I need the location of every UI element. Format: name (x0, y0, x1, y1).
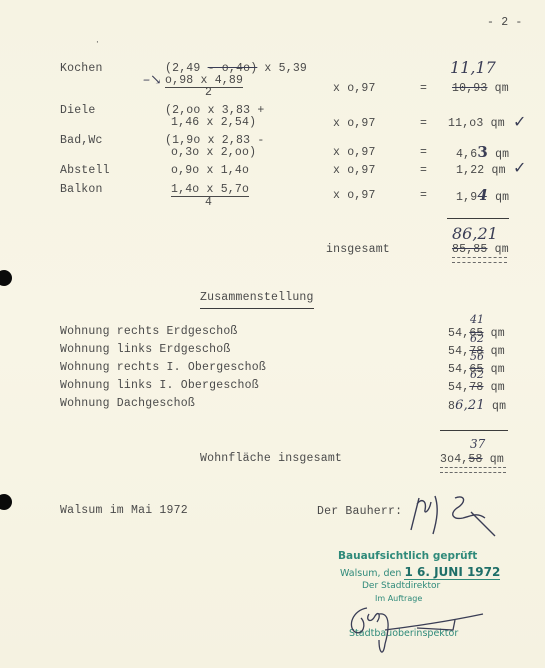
value-abstell: 1,22 (456, 164, 484, 177)
subtotal-hand: 86,21 (452, 224, 498, 243)
hand-mark-arrow: –↘ (143, 72, 162, 88)
stamp-line2: Walsum, den 1 6. JUNI 1972 (340, 565, 500, 579)
value-hand-kochen: 11,17 (450, 58, 496, 77)
value-bad: 4,6 (456, 148, 477, 161)
summary-hand-5: 6,21 (455, 398, 485, 413)
summary-label-3: Wohnung rechts I. Obergeschoß (60, 361, 266, 374)
formula-balkon-1: 1,4o x 5,7o (171, 183, 249, 197)
stamp-line1: Bauaufsichtlich geprüft (338, 550, 477, 562)
equals-diele: = (420, 117, 427, 130)
room-label-bad: Bad,Wc (60, 134, 103, 147)
value-hand-balkon: 4 (477, 186, 488, 204)
summary-value-4: 54, (448, 381, 469, 394)
equals-bad: = (420, 146, 427, 159)
unit-diele: qm (491, 117, 505, 130)
unit-bad: qm (495, 148, 509, 161)
unit: qm (491, 363, 505, 376)
summary-struck-1: 65 (469, 327, 483, 340)
total-struck: 58 (468, 453, 482, 466)
builder-signature (405, 490, 500, 540)
value-diele: 11,o3 (448, 117, 484, 130)
room-label-balkon: Balkon (60, 183, 103, 196)
summary-label-1: Wohnung rechts Erdgeschoß (60, 325, 238, 338)
page-number: - 2 - (487, 16, 523, 29)
multiplier-diele: x o,97 (333, 117, 376, 130)
summary-struck-2: 78 (469, 345, 483, 358)
multiplier-bad: x o,97 (333, 146, 376, 159)
place-date: Walsum im Mai 1972 (60, 504, 188, 517)
sum-rule (447, 218, 509, 219)
formula-diele-2: 1,46 x 2,54) (171, 116, 256, 129)
double-rule (452, 257, 507, 263)
summary-label-4: Wohnung links I. Obergeschoß (60, 379, 259, 392)
double-rule (440, 467, 506, 473)
subtotal-typed: 85,85 (452, 243, 488, 256)
summary-label-5: Wohnung Dachgeschoß (60, 397, 195, 410)
summary-value-1: 54, (448, 327, 469, 340)
stamp-line3: Der Stadtdirektor (362, 581, 440, 591)
summary-value-3: 54, (448, 363, 469, 376)
speck: · (95, 36, 100, 49)
summary-value-2: 54, (448, 345, 469, 358)
formula-kochen-3: 2 (205, 86, 212, 99)
total-rule (440, 430, 508, 431)
total-hand: 37 (470, 437, 485, 451)
stamp-prefix: Walsum, den (340, 568, 401, 579)
summary-struck-4: 78 (469, 381, 483, 394)
value-balkon: 1,9 (456, 191, 477, 204)
unit-kochen: qm (495, 82, 509, 95)
formula-bad-2: o,3o x 2,oo) (171, 146, 256, 159)
total-label: Wohnfläche insgesamt (200, 452, 342, 465)
multiplier-balkon: x o,97 (333, 189, 376, 202)
summary-struck-3: 65 (469, 363, 483, 376)
equals-kochen: = (420, 82, 427, 95)
unit-abstell: qm (492, 164, 506, 177)
value-typed-kochen: 10,93 (452, 82, 488, 95)
total-value: 3o4, (440, 453, 468, 466)
room-label-abstell: Abstell (60, 164, 110, 177)
checkmark-icon: ✓ (513, 112, 526, 131)
subtotal-unit: qm (495, 243, 509, 256)
unit: qm (492, 400, 506, 413)
room-label-diele: Diele (60, 104, 96, 117)
checkmark-icon: ✓ (513, 158, 526, 177)
punch-hole-top (0, 270, 12, 286)
document-page: - 2 - · Kochen (2,49 - o,4o) x 5,39 o,98… (0, 0, 545, 668)
unit-balkon: qm (495, 191, 509, 204)
punch-hole-bottom (0, 494, 12, 510)
multiplier-kochen: x o,97 (333, 82, 376, 95)
formula-balkon-2: 4 (205, 196, 212, 209)
unit: qm (491, 381, 505, 394)
summary-heading: Zusammenstellung (200, 291, 314, 309)
subtotal-label: insgesamt (326, 243, 390, 256)
total-unit: qm (490, 453, 504, 466)
formula-abstell-1: o,9o x 1,4o (171, 164, 249, 177)
unit: qm (491, 327, 505, 340)
builder-label: Der Bauherr: (317, 505, 402, 518)
equals-balkon: = (420, 189, 427, 202)
value-hand-bad: 3 (477, 143, 488, 161)
unit: qm (491, 345, 505, 358)
official-signature (345, 600, 485, 660)
multiplier-abstell: x o,97 (333, 164, 376, 177)
equals-abstell: = (420, 164, 427, 177)
summary-label-2: Wohnung links Erdgeschoß (60, 343, 230, 356)
summary-hand-1: 41 (470, 313, 484, 326)
room-label-kochen: Kochen (60, 62, 103, 75)
stamp-date: 1 6. JUNI 1972 (404, 565, 500, 580)
